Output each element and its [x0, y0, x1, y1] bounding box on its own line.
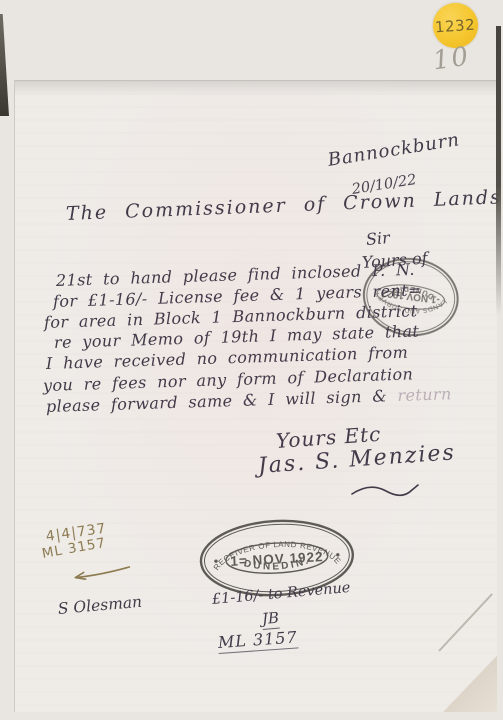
recipient-line: The Commissioner of Crown Lands — [66, 186, 503, 225]
signature-flourish-icon — [350, 484, 420, 504]
clerk-initials: JB — [261, 609, 280, 630]
binding-edge-mark — [0, 14, 9, 116]
scan-edge-mark — [496, 26, 501, 316]
salutation: Sir — [365, 228, 390, 249]
corner-fold — [442, 652, 497, 712]
pencil-page-number: 10 — [431, 42, 472, 77]
corner-fold-crease — [438, 593, 493, 651]
sticker-number: 1232 — [435, 15, 476, 36]
handwritten-place: Bannockburn — [326, 129, 461, 171]
scanned-document-page: Bannockburn LANDS AND SURVEY DUNEDIN. -1… — [0, 0, 503, 720]
letter-sheet: Bannockburn LANDS AND SURVEY DUNEDIN. -1… — [15, 80, 497, 712]
faint-word: return — [397, 384, 452, 405]
ml-reference-ink: ML 3157 — [217, 627, 298, 654]
name-annotation: S Olesman — [57, 593, 143, 618]
pencil-arrow-icon — [69, 560, 133, 587]
number-sticker: 1232 — [433, 3, 478, 48]
